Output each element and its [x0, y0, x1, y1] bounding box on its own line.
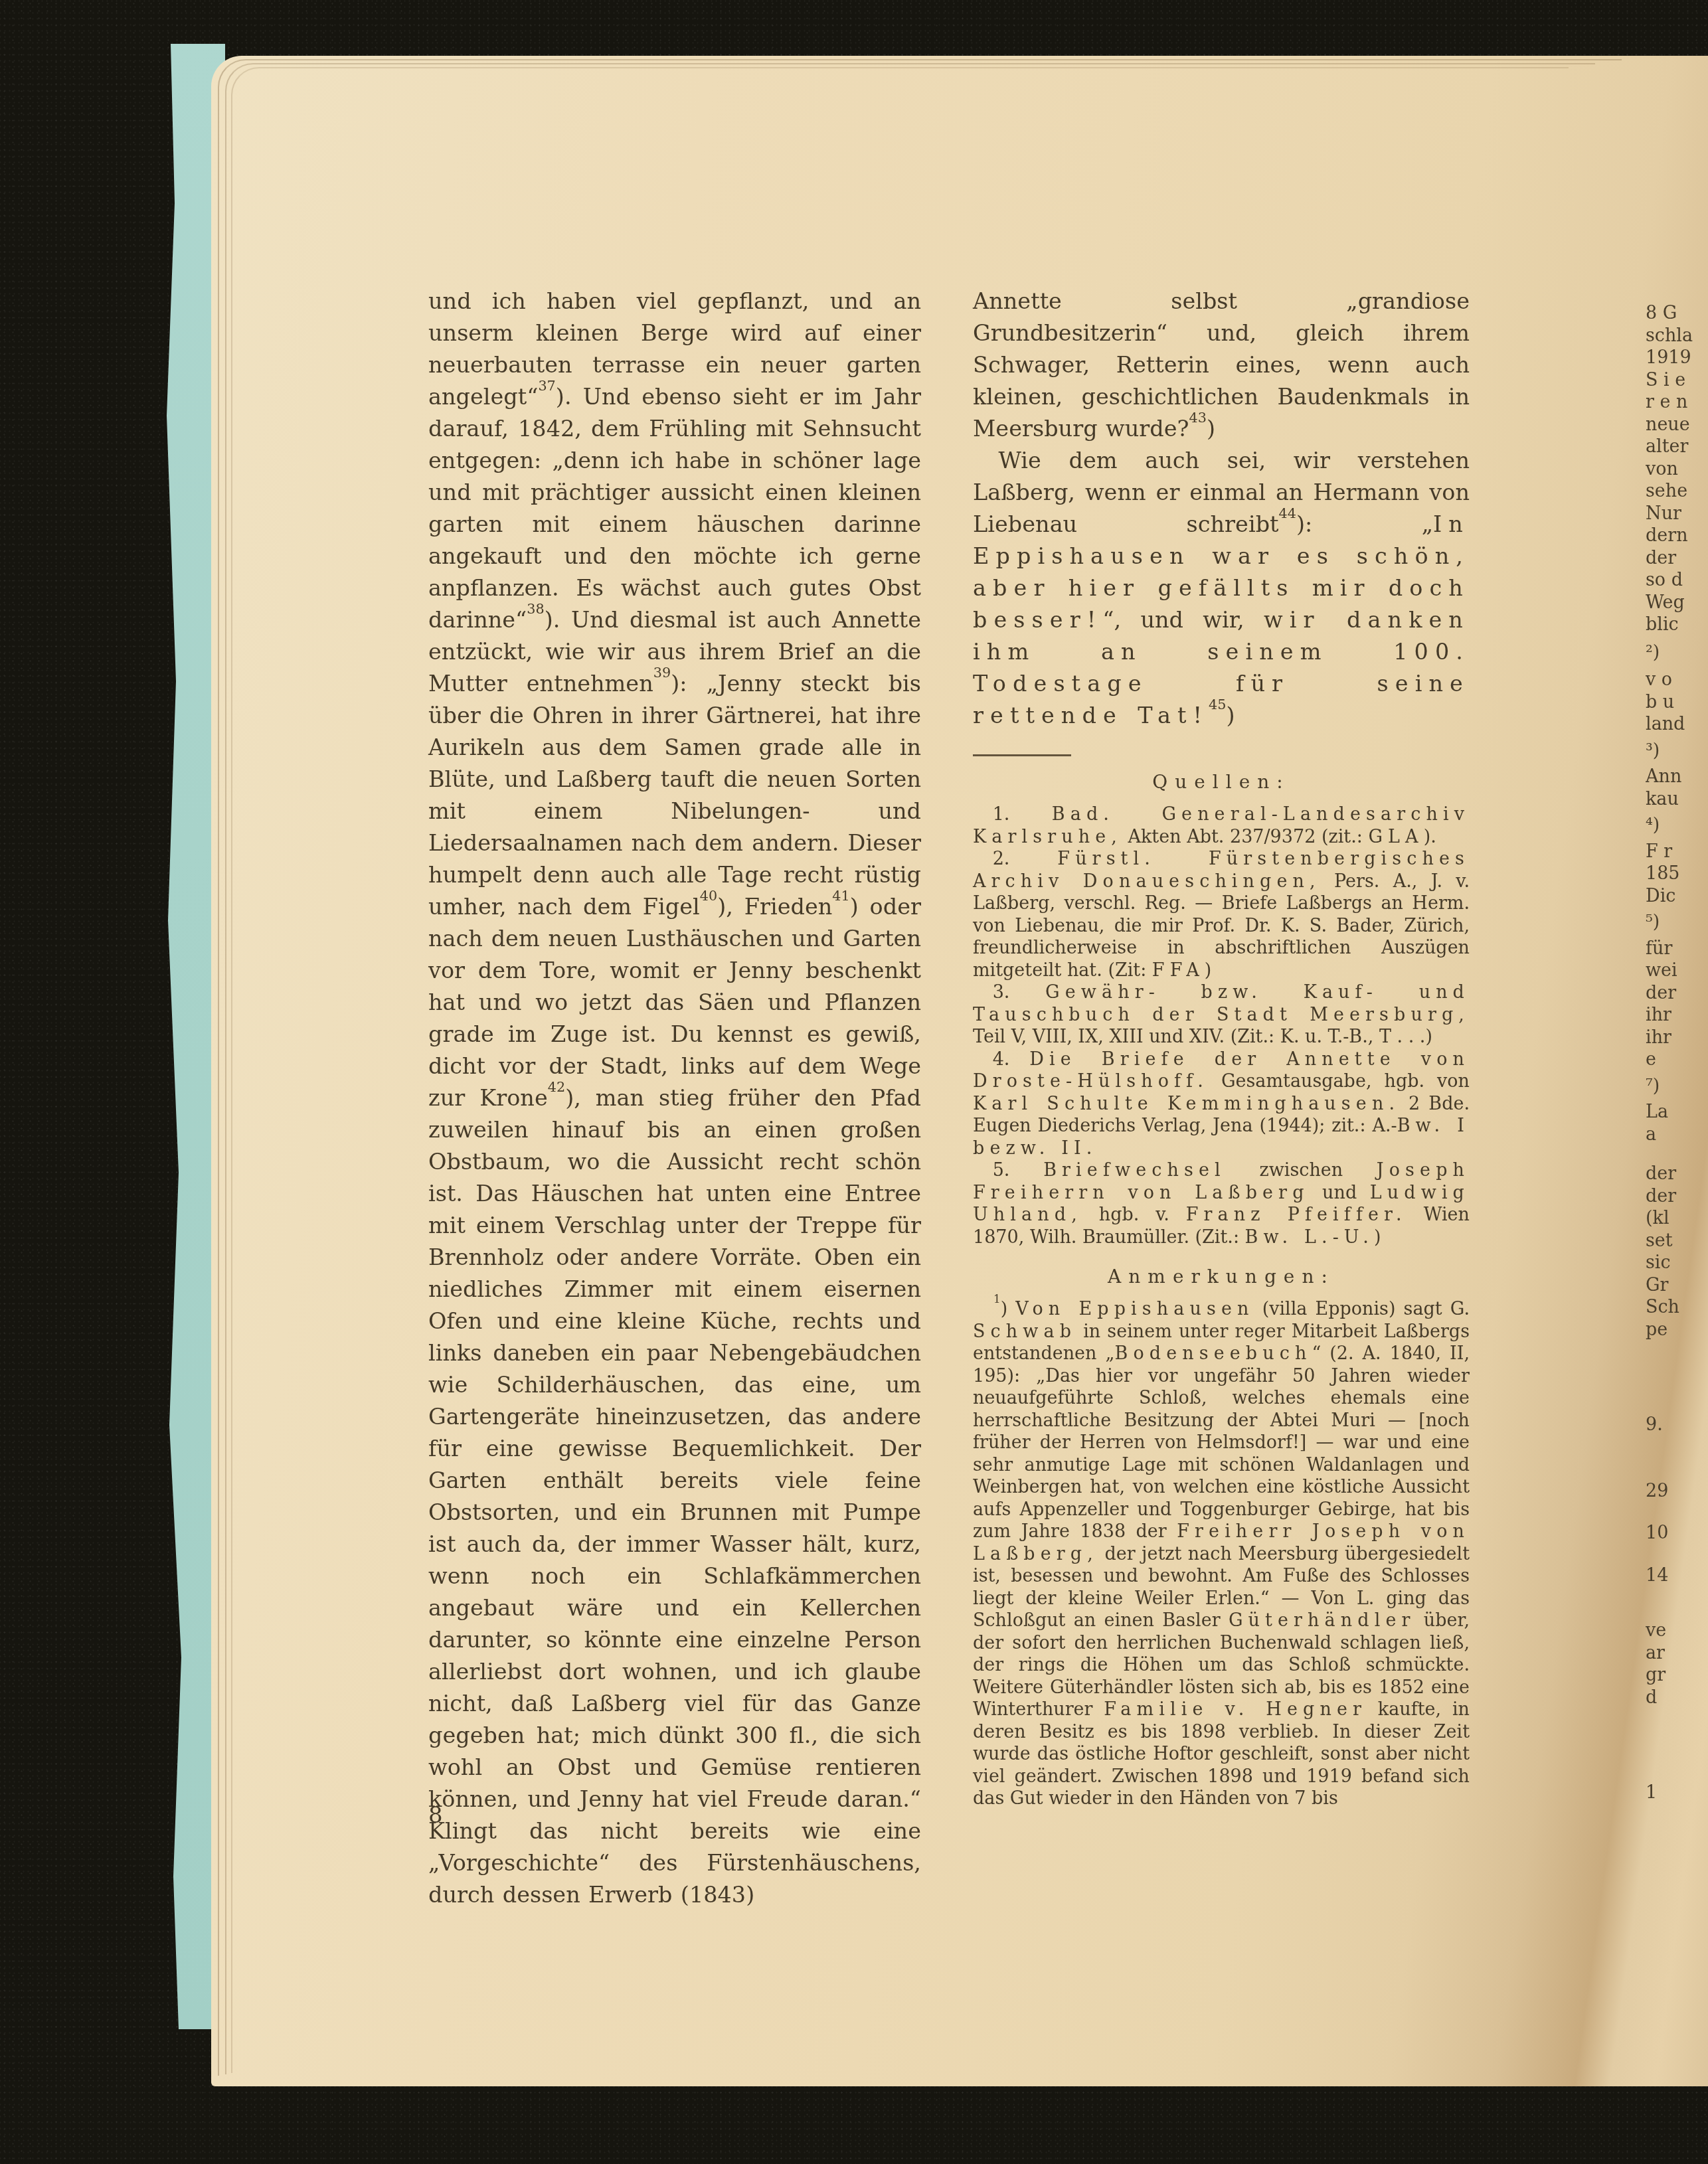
cutoff-text-fragment: sehe — [1646, 480, 1708, 503]
text-run: zwischen — [1226, 1160, 1377, 1181]
book-page: und ich haben viel gepflanzt, und an uns… — [211, 56, 1708, 2086]
left-text-column: und ich haben viel gepflanzt, und an uns… — [428, 286, 921, 1911]
cutoff-text-fragment: für — [1646, 938, 1708, 960]
cutoff-text-fragment: ²) — [1646, 641, 1708, 664]
cutoff-text-fragment: Weg — [1646, 592, 1708, 614]
text-run: (villa Epponis) sagt G. — [1254, 1299, 1470, 1319]
cutoff-text-fragment: neue — [1646, 414, 1708, 436]
cutoff-text-fragment: so d — [1646, 569, 1708, 592]
cutoff-text-fragment: 185 — [1646, 863, 1708, 885]
paragraph: Annette selbst „grandiose Grundbesitzeri… — [973, 286, 1470, 445]
text-run: ) — [1207, 416, 1215, 442]
text-run: ) — [1374, 1227, 1381, 1248]
text-run: “, und wir, — [1102, 607, 1264, 633]
cutoff-text-fragment: (kl — [1646, 1207, 1708, 1230]
cutoff-text-fragment: der — [1646, 1163, 1708, 1185]
paragraph: Wie dem auch sei, wir verstehen Laßberg,… — [973, 445, 1470, 732]
paragraph: 1. Bad. General-Landesarchiv Karlsruhe, … — [973, 803, 1470, 848]
cutoff-text-fragment: d — [1646, 1687, 1708, 1709]
cutoff-text-fragment: set — [1646, 1230, 1708, 1252]
letterspaced-text: Schwab — [973, 1321, 1076, 1342]
cutoff-text-fragment: der — [1646, 547, 1708, 570]
text-run: 3. — [993, 982, 1045, 1003]
letterspaced-text: Karl Schulte Kemminghausen. — [973, 1094, 1400, 1114]
cutoff-text-fragment: schla — [1646, 325, 1708, 347]
text-run: “ (2. A. 1840, II, 195): „Das hier vor u… — [973, 1343, 1470, 1542]
paragraph: 4. Die Briefe der Annette von Droste-Hül… — [973, 1048, 1470, 1160]
footnote-ref: 37 — [538, 378, 555, 394]
letterspaced-text: Familie v. Hegner — [1104, 1699, 1367, 1720]
text-run: und — [1310, 1183, 1370, 1203]
cutoff-text-fragment: der — [1646, 1185, 1708, 1208]
cutoff-text-fragment: e — [1646, 1048, 1708, 1071]
cutoff-text-fragment: land — [1646, 713, 1708, 736]
text-run: ): „ — [1296, 511, 1433, 537]
cutoff-text-fragment: Sch — [1646, 1296, 1708, 1319]
text-run: Teil V, VIII, IX, XIII und XIV. (Zit.: K… — [973, 1027, 1432, 1047]
right-column-body: Annette selbst „grandiose Grundbesitzeri… — [973, 286, 1470, 732]
letterspaced-text: FFA — [1152, 960, 1205, 981]
cutoff-text-fragment: pe — [1646, 1319, 1708, 1341]
cutoff-text-fragment: Ann — [1646, 766, 1708, 788]
cutoff-text-fragment: ⁴) — [1646, 814, 1708, 837]
cutoff-text-fragment: von — [1646, 458, 1708, 481]
text-run: 5. — [993, 1160, 1043, 1181]
letterspaced-text: Bodenseebuch — [1114, 1343, 1312, 1364]
scanned-book-photo: und ich haben viel gepflanzt, und an uns… — [0, 0, 1708, 2164]
footnote-ref: 41 — [832, 888, 849, 904]
adjacent-page-fragments: 8 Gschla1919S i er e nneuealtervonseheNu… — [1646, 302, 1708, 1909]
page-number: 8 — [428, 1802, 443, 1829]
quellen-heading: Quellen: — [973, 771, 1470, 793]
cutoff-text-fragment: 29 — [1646, 1480, 1708, 1503]
cutoff-text-fragment: dern — [1646, 525, 1708, 547]
footnote-ref: 42 — [548, 1079, 565, 1095]
section-divider — [973, 754, 1071, 756]
cutoff-text-fragment: ihr — [1646, 1027, 1708, 1049]
cutoff-text-fragment: 1 — [1646, 1782, 1708, 1804]
text-run: ) — [1205, 960, 1212, 981]
text-run: ). — [1424, 827, 1436, 847]
paragraph: 1) Von Eppishausen (villa Epponis) sagt … — [973, 1298, 1470, 1810]
cutoff-text-fragment: wei — [1646, 959, 1708, 982]
text-run: ) — [1001, 1299, 1016, 1319]
cutoff-text-fragment: v o — [1646, 669, 1708, 691]
text-run: ), man stieg früher den Pfad zuweilen hi… — [428, 1085, 921, 1908]
text-run: 4. — [993, 1049, 1030, 1070]
paragraph: 5. Briefwechsel zwischen Joseph Freiherr… — [973, 1159, 1470, 1248]
cutoff-text-fragment: gr — [1646, 1664, 1708, 1687]
text-run: ) — [1227, 703, 1235, 728]
footnote-ref: 39 — [653, 665, 671, 681]
cutoff-text-fragment: a — [1646, 1124, 1708, 1146]
letterspaced-text: Gewähr- bzw. Kauf- und Tauschbuch der St… — [973, 982, 1470, 1025]
cutoff-text-fragment: 1919 — [1646, 347, 1708, 369]
cutoff-text-fragment: Nur — [1646, 503, 1708, 525]
text-run: 2. — [993, 849, 1058, 869]
text-run: Akten Abt. 237/9372 (zit.: — [1122, 827, 1368, 847]
letterspaced-text: Von Eppishausen — [1015, 1299, 1254, 1319]
footnote-ref: 1 — [993, 1292, 1001, 1305]
quellen-list: 1. Bad. General-Landesarchiv Karlsruhe, … — [973, 803, 1470, 1248]
cutoff-text-fragment: ³) — [1646, 740, 1708, 762]
right-text-column: Annette selbst „grandiose Grundbesitzeri… — [973, 286, 1470, 1810]
cutoff-text-fragment: r e n — [1646, 391, 1708, 414]
letterspaced-text: Güterhändler — [1229, 1610, 1416, 1631]
text-run: ). Und ebenso sieht er im Jahr darauf, 1… — [428, 384, 921, 633]
footnote-ref: 43 — [1189, 410, 1206, 426]
anmerkungen-list: 1) Von Eppishausen (villa Epponis) sagt … — [973, 1298, 1470, 1810]
cutoff-text-fragment: 14 — [1646, 1564, 1708, 1587]
text-run: Annette selbst „grandiose Grundbesitzeri… — [973, 288, 1470, 442]
cutoff-text-fragment: sic — [1646, 1252, 1708, 1274]
cutoff-text-fragment: ⁷) — [1646, 1075, 1708, 1098]
cutoff-text-fragment: ar — [1646, 1642, 1708, 1665]
cutoff-text-fragment: Gr — [1646, 1274, 1708, 1297]
cutoff-text-fragment: Dic — [1646, 885, 1708, 908]
text-run: 1. — [993, 804, 1052, 825]
cutoff-text-fragment: alter — [1646, 436, 1708, 458]
paragraph: und ich haben viel gepflanzt, und an uns… — [428, 286, 921, 1911]
footnote-ref: 45 — [1209, 697, 1226, 712]
cutoff-text-fragment: 8 G — [1646, 302, 1708, 325]
letterspaced-text: Franz Pfeiffer. — [1186, 1205, 1407, 1225]
footnote-ref: 44 — [1279, 505, 1296, 521]
text-run: Gesamtausgabe, hgb. von — [1209, 1071, 1470, 1092]
cutoff-text-fragment: 10 — [1646, 1522, 1708, 1544]
text-run: hgb. v. — [1082, 1205, 1186, 1225]
anmerkungen-heading: Anmerkungen: — [973, 1266, 1470, 1288]
letterspaced-text: GLA — [1368, 827, 1423, 847]
cutoff-text-fragment: b u — [1646, 691, 1708, 714]
cutoff-text-fragment: La — [1646, 1101, 1708, 1124]
cutoff-text-fragment: ve — [1646, 1620, 1708, 1642]
cutoff-text-fragment: ⁵) — [1646, 911, 1708, 934]
paragraph: 2. Fürstl. Fürstenbergisches Archiv Dona… — [973, 848, 1470, 981]
cutoff-text-fragment: der — [1646, 982, 1708, 1005]
text-run: ): „Jenny steckt bis über die Ohren in i… — [428, 671, 921, 920]
cutoff-text-fragment: F r — [1646, 841, 1708, 863]
cutoff-text-fragment: blic — [1646, 614, 1708, 636]
cutoff-text-fragment: kau — [1646, 788, 1708, 811]
text-run: ), Frieden — [717, 894, 832, 920]
footnote-ref: 40 — [700, 888, 717, 904]
text-run: ) oder nach dem neuen Lusthäuschen und G… — [428, 894, 921, 1111]
footnote-ref: 38 — [527, 601, 544, 617]
letterspaced-text: Briefwechsel — [1043, 1160, 1226, 1181]
cutoff-text-fragment: ihr — [1646, 1004, 1708, 1027]
cutoff-text-fragment: 9. — [1646, 1414, 1708, 1436]
letterspaced-text: Bw. L.-U. — [1245, 1227, 1374, 1248]
paragraph: 3. Gewähr- bzw. Kauf- und Tauschbuch der… — [973, 981, 1470, 1048]
cutoff-text-fragment: S i e — [1646, 369, 1708, 392]
